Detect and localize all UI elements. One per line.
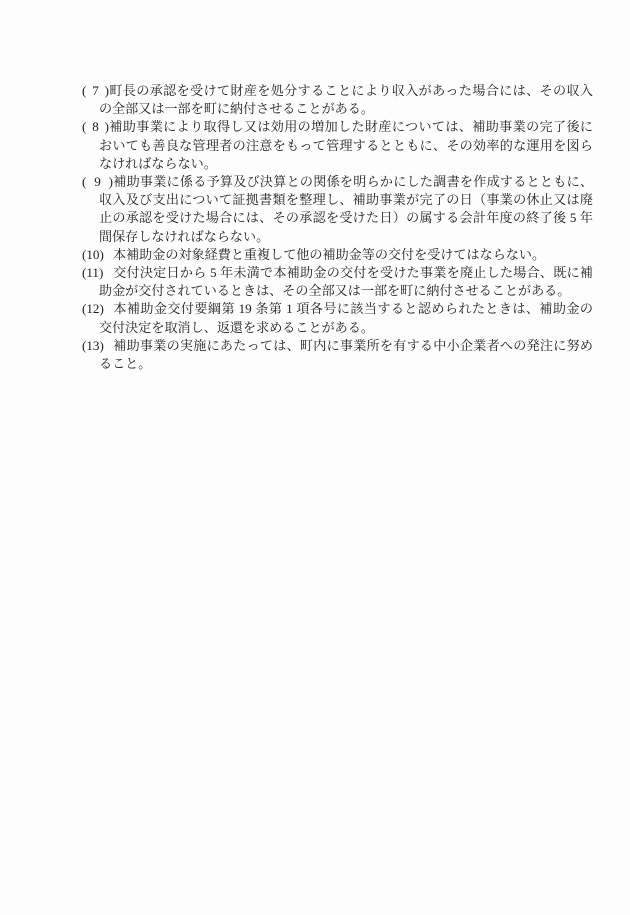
item-8-line-1: ( 8 )補助事業により取得し又は効用の増加した財産については、補助事業の完了後… <box>82 118 593 136</box>
item-9-text: 補助事業に係る予算及び決算との関係を明らかにした調書を作成するとともに、 <box>113 174 593 189</box>
item-8-line-2: おいても善良な管理者の注意をもって管理するとともに、その効率的な運用を図ら <box>99 137 593 155</box>
item-11-line-1: (11)交付決定日から 5 年未満で本補助金の交付を受けた事業を廃止した場合、既… <box>82 264 593 282</box>
item-7-text: 町長の承認を受けて財産を処分することにより収入があった場合には、その収入 <box>109 83 593 98</box>
item-12-line-2: 交付決定を取消し、返還を求めることがある。 <box>99 319 593 337</box>
item-13-line-1: (13)補助事業の実施にあたっては、町内に事業所を有する中小企業者への発注に努め <box>82 337 593 355</box>
item-9-line-3: 止の承認を受けた場合には、その承認を受けた日）の属する会計年度の終了後 5 年 <box>99 209 593 227</box>
item-10-text: 本補助金の対象経費と重複して他の補助金等の交付を受けてはならない。 <box>113 247 545 262</box>
item-9-line-2: 収入及び支出について証拠書類を整理し、補助事業が完了の日（事業の休止又は廃 <box>99 191 593 209</box>
item-10-number: (10) <box>82 246 113 264</box>
item-11-line-2: 助金が交付されているときは、その全部又は一部を町に納付させることがある。 <box>99 282 593 300</box>
item-10-line-1: (10)本補助金の対象経費と重複して他の補助金等の交付を受けてはならない。 <box>82 246 593 264</box>
item-8-line-3: なければならない。 <box>99 155 593 173</box>
item-9-number: ( 9 ) <box>82 173 113 191</box>
item-13-text: 補助事業の実施にあたっては、町内に事業所を有する中小企業者への発注に努め <box>113 338 593 353</box>
item-9-line-4: 間保存しなければならない。 <box>99 228 593 246</box>
item-8-number: ( 8 ) <box>82 118 109 136</box>
item-7-number: ( 7 ) <box>82 82 109 100</box>
item-7-line-2: の全部又は一部を町に納付させることがある。 <box>99 100 593 118</box>
item-11-number: (11) <box>82 264 113 282</box>
item-7-line-1: ( 7 )町長の承認を受けて財産を処分することにより収入があった場合には、その収… <box>82 82 593 100</box>
item-8-text: 補助事業により取得し又は効用の増加した財産については、補助事業の完了後に <box>109 119 593 134</box>
item-12-text: 本補助金交付要綱第 19 条第 1 項各号に該当すると認められたときは、補助金の <box>113 301 593 316</box>
item-13-number: (13) <box>82 337 113 355</box>
item-9-line-1: ( 9 )補助事業に係る予算及び決算との関係を明らかにした調書を作成するとともに… <box>82 173 593 191</box>
item-12-line-1: (12)本補助金交付要綱第 19 条第 1 項各号に該当すると認められたときは、… <box>82 300 593 318</box>
item-13-line-2: ること。 <box>99 355 593 373</box>
item-11-text: 交付決定日から 5 年未満で本補助金の交付を受けた事業を廃止した場合、既に補 <box>113 265 593 280</box>
item-12-number: (12) <box>82 300 113 318</box>
document-page: ( 7 )町長の承認を受けて財産を処分することにより収入があった場合には、その収… <box>82 82 593 373</box>
